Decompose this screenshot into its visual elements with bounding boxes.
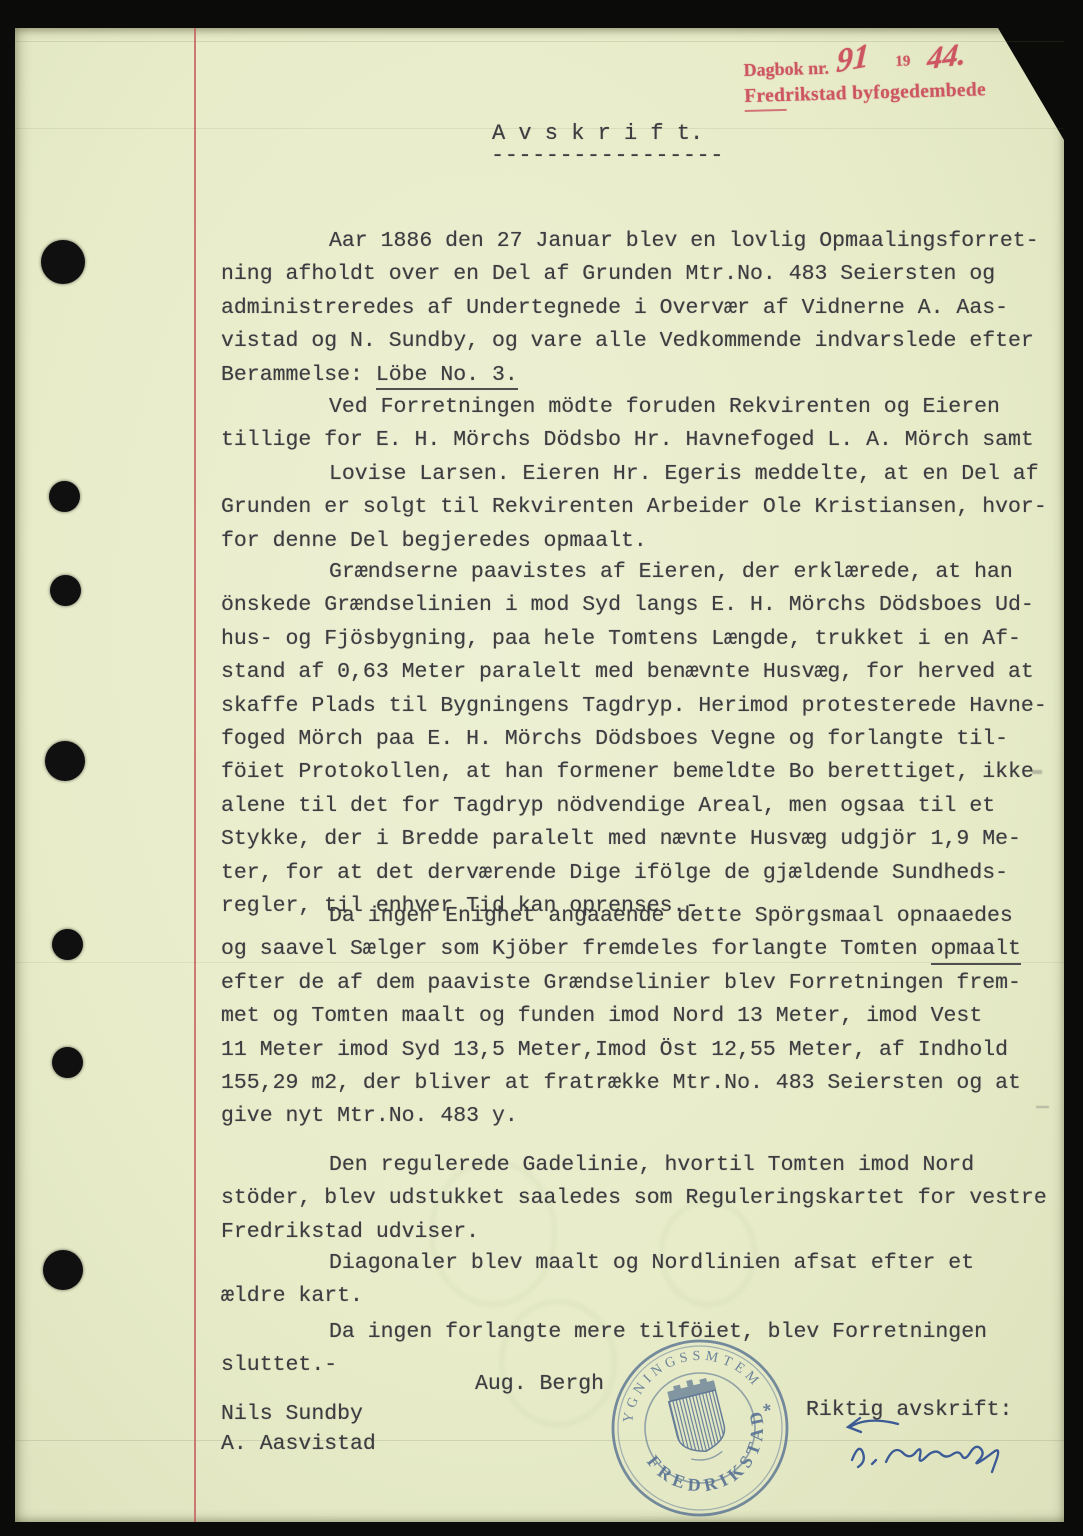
body-line: sluttet.- xyxy=(221,1355,337,1377)
body-line: met og Tomten maalt og funden imod Nord … xyxy=(221,1006,982,1028)
body-line: Aar 1886 den 27 Januar blev en lovlig Op… xyxy=(329,231,1039,253)
body-line: stand af 0,63 Meter paralelt med benævnt… xyxy=(221,662,1034,684)
body-line: ældre kart. xyxy=(221,1286,363,1308)
body-line: Fredrikstad udviser. xyxy=(221,1222,479,1244)
signature-arrow-mark xyxy=(848,1418,898,1432)
body-line: efter de af dem paaviste Grændselinier b… xyxy=(221,973,1021,995)
dagbok-number-handwritten: 91 xyxy=(835,37,870,81)
body-line: vistad og N. Sundby, og vare alle Vedkom… xyxy=(221,331,1034,353)
body-line: ter, for at det derværende Dige ifölge d… xyxy=(221,863,1008,885)
body-line: Grunden er solgt til Rekvirenten Arbeide… xyxy=(221,497,1047,519)
body-line: Grændserne paavistes af Eieren, der erkl… xyxy=(329,562,1013,584)
body-line: önskede Grændselinien i mod Syd langs E.… xyxy=(221,595,1034,617)
body-line: Stykke, der i Bredde paralelt med nævnte… xyxy=(221,829,1021,851)
dagbok-year-handwritten: 44. xyxy=(926,35,967,77)
body-line: Lovise Larsen. Eieren Hr. Egeris meddelt… xyxy=(329,464,1039,486)
body-line: foged Mörch paa E. H. Mörchs Dödsboes Ve… xyxy=(221,729,1008,751)
signature-aug-bergh: Aug. Bergh xyxy=(475,1372,604,1396)
body-line: Da ingen Enighet angaaende dette Spörgsm… xyxy=(329,906,1013,928)
handwritten-signature xyxy=(838,1408,1028,1488)
punch-hole xyxy=(52,1047,83,1078)
stamp-shield xyxy=(669,1390,729,1457)
punch-hole xyxy=(43,1250,83,1290)
scan-border-top xyxy=(0,0,1083,28)
punch-hole xyxy=(41,240,85,284)
signature-initial xyxy=(852,1449,876,1467)
body-line: 11 Meter imod Syd 13,5 Meter,Imod Öst 12… xyxy=(221,1040,1008,1062)
office-stamp-text: Fredrikstad byfogedembede xyxy=(744,79,986,108)
body-line: stöder, blev udstukket saaledes som Regu… xyxy=(221,1188,1047,1210)
body-line: Diagonaler blev maalt og Nordlinien afsa… xyxy=(329,1253,974,1275)
body-line: ning afholdt over en Del af Grunden Mtr.… xyxy=(221,264,995,286)
body-line: Berammelse: Löbe No. 3. xyxy=(221,365,518,387)
body-line: 155,29 m2, der bliver at fratrække Mtr.N… xyxy=(221,1073,1021,1095)
paper-crease xyxy=(15,962,1064,963)
dagbok-year-prefix: 19 xyxy=(895,53,910,70)
body-line: skaffe Plads til Bygningens Tagdryp. Her… xyxy=(221,696,1047,718)
punch-hole xyxy=(49,481,80,512)
punch-hole xyxy=(50,575,81,606)
margin-speck xyxy=(1036,1106,1049,1108)
scanned-document-page: Dagbok nr. 91 19 44. Fredrikstad byfoged… xyxy=(0,0,1083,1536)
signature-a-aasvistad: A. Aasvistad xyxy=(221,1432,376,1456)
body-line: alene til det for Tagdryp nödvendige Are… xyxy=(221,796,995,818)
punch-hole xyxy=(52,929,83,960)
stamp-shield-base xyxy=(691,1451,723,1463)
body-line: for denne Del begjeredes opmaalt. xyxy=(221,531,647,553)
body-line: föiet Protokollen, at han formener bemel… xyxy=(221,762,1034,784)
paper-crease xyxy=(15,41,1064,42)
body-line: Ved Forretningen mödte foruden Rekvirent… xyxy=(329,397,1000,419)
body-line: Den regulerede Gadelinie, hvortil Tomten… xyxy=(329,1155,974,1177)
ink-bleed-ghost xyxy=(500,1300,616,1426)
signature-nils-sundby: Nils Sundby xyxy=(221,1402,363,1426)
title-underline: ----------------- xyxy=(491,143,724,168)
punch-hole xyxy=(45,741,85,781)
official-stamp: YGNINGSSMTEM FREDRIKSTAD * xyxy=(604,1332,796,1524)
signature-flourish xyxy=(886,1447,998,1472)
body-line: give nyt Mtr.No. 483 y. xyxy=(221,1106,518,1128)
red-margin-line xyxy=(194,28,196,1522)
scan-border-left xyxy=(0,0,15,1536)
body-line: tillige for E. H. Mörchs Dödsbo Hr. Havn… xyxy=(221,430,1034,452)
registry-stamp: Dagbok nr. 91 19 44. Fredrikstad byfoged… xyxy=(743,44,1035,122)
body-line: og saavel Sælger som Kjöber fremdeles fo… xyxy=(221,939,1021,961)
scan-border-bottom xyxy=(0,1522,1083,1536)
body-line: hus- og Fjösbygning, paa hele Tomtens Læ… xyxy=(221,629,1021,651)
dagbok-label: Dagbok nr. xyxy=(743,58,829,81)
body-line: administreredes af Undertegnede i Overvæ… xyxy=(221,298,1008,320)
scan-border-right xyxy=(1064,0,1083,1536)
office-stamp-underline xyxy=(745,109,787,112)
